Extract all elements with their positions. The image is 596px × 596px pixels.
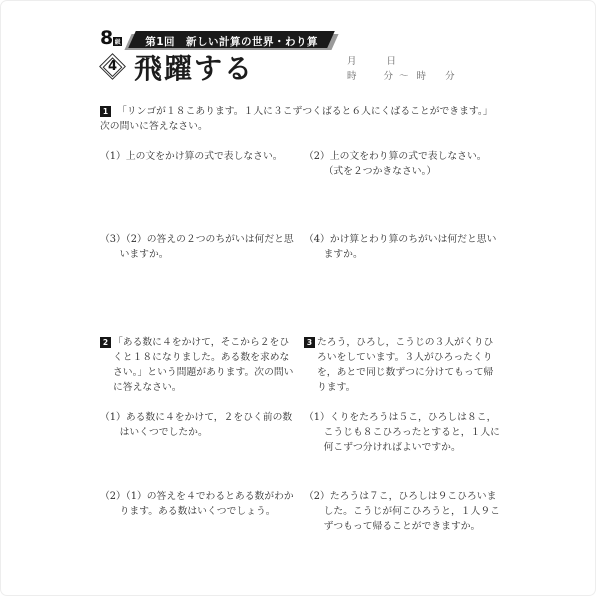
problem-1-intro: 1「リンゴが１８こあります。１人に３こずつくばると６人にくばることができます。」… bbox=[100, 104, 500, 134]
level-badge: 8 級 bbox=[100, 29, 122, 48]
date-day-label: 日 bbox=[387, 56, 397, 67]
problem-2-intro-text: 「ある数に４をかけて，そこから２をひくと１８になりました。ある数を求めなさい。」… bbox=[113, 337, 293, 393]
time-start-minute-label: 分 bbox=[384, 71, 394, 82]
problem-3-marker: 3 bbox=[304, 337, 315, 348]
problem-1-intro-text: 「リンゴが１８こあります。１人に３こずつくばると６人にくばることができます。」 … bbox=[100, 106, 493, 132]
worksheet-header: 8 級 第1回 新しい計算の世界・わり算 4 飛躍する 月日 時分～時分 bbox=[100, 29, 500, 87]
time-start-hour-label: 時 bbox=[347, 71, 357, 82]
question-2-1: （1）ある数に４をかけて，２をひく前の数はいくつでしたか。 bbox=[100, 410, 296, 455]
question-1-4: （4）かけ算とわり算のちがいは何だと思いますか。 bbox=[304, 232, 500, 262]
lesson-banner: 第1回 新しい計算の世界・わり算 bbox=[132, 31, 331, 48]
worksheet-content: 8 級 第1回 新しい計算の世界・わり算 4 飛躍する 月日 時分～時分 1「リ… bbox=[100, 29, 500, 534]
question-2-2: （2）（1）の答えを４でわるとある数がわかります。ある数はいくつでしょう。 bbox=[100, 489, 296, 534]
header-top-row: 8 級 第1回 新しい計算の世界・わり算 bbox=[100, 29, 500, 48]
question-1-1: （1）上の文をかけ算の式で表しなさい。 bbox=[100, 149, 296, 179]
level-suffix-badge: 級 bbox=[113, 37, 122, 46]
question-3-2: （2）たろうは７こ，ひろしは９こひろいました。こうじが何こひろうと，１人９こずつ… bbox=[304, 489, 500, 534]
problem-1-marker: 1 bbox=[100, 106, 111, 117]
date-month-label: 月 bbox=[347, 56, 357, 67]
time-end-hour-label: 時 bbox=[417, 71, 427, 82]
problem-3-intro-text: たろう，ひろし，こうじの３人がくりひろいをしています。３人がひろったくりを，あと… bbox=[317, 337, 493, 393]
worksheet-page: 8 級 第1回 新しい計算の世界・わり算 4 飛躍する 月日 時分～時分 1「リ… bbox=[0, 0, 596, 596]
date-row: 月日 bbox=[347, 54, 455, 69]
problem-3-intro: 3たろう，ひろし，こうじの３人がくりひろいをしています。３人がひろったくりを，あ… bbox=[304, 335, 500, 395]
level-number: 8 bbox=[100, 29, 112, 48]
problems-2-and-3: 2「ある数に４をかけて，そこから２をひくと１８になりました。ある数を求めなさい。… bbox=[100, 335, 500, 534]
question-1-2: （2）上の文をわり算の式で表しなさい。 （式を２つかきなさい。） bbox=[304, 149, 500, 179]
page-title: 飛躍する bbox=[134, 53, 254, 85]
unit-number: 4 bbox=[104, 58, 121, 75]
date-time-fields: 月日 時分～時分 bbox=[347, 54, 455, 84]
problem-1-questions: （1）上の文をかけ算の式で表しなさい。 （2）上の文をわり算の式で表しなさい。 … bbox=[100, 149, 500, 262]
time-end-minute-label: 分 bbox=[445, 71, 455, 82]
time-row: 時分～時分 bbox=[347, 69, 455, 84]
problem-2-intro: 2「ある数に４をかけて，そこから２をひくと１８になりました。ある数を求めなさい。… bbox=[100, 335, 296, 395]
question-3-1: （1）くりをたろうは５こ，ひろしは８こ，こうじも８こひろったとすると，１人に何こ… bbox=[304, 410, 500, 455]
problem-1: 1「リンゴが１８こあります。１人に３こずつくばると６人にくばることができます。」… bbox=[100, 104, 500, 262]
unit-number-diamond-icon: 4 bbox=[99, 53, 126, 80]
problem-2-marker: 2 bbox=[100, 337, 111, 348]
time-range-separator: ～ bbox=[399, 71, 409, 82]
question-1-3: （3）（2）の答えの２つのちがいは何だと思いますか。 bbox=[100, 232, 296, 262]
lesson-banner-text: 第1回 新しい計算の世界・わり算 bbox=[145, 36, 318, 48]
